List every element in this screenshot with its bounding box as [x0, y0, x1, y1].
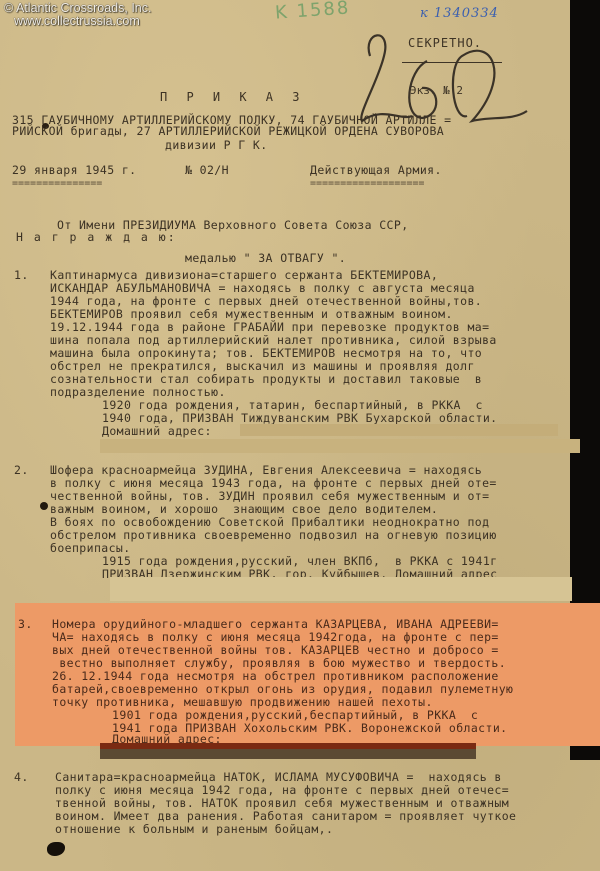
order-location: Действующая Армия. — [310, 165, 442, 177]
entry-number: 3. — [18, 619, 33, 631]
entry-line: 1944 года, на фронте с первых дней отече… — [50, 296, 482, 308]
award-verb: Н а г р а ж д а ю: — [16, 232, 177, 244]
entry-line: точку противника, мешавшую продвижению н… — [52, 697, 433, 709]
entry-line: ИСКАНДАР АБУЛЬМАНОВИЧА = находясь в полк… — [50, 283, 475, 295]
watermark-url: www.collectrussia.com — [4, 15, 151, 28]
entry-line: отношение к больным и раненым бойцам,. — [55, 824, 333, 836]
order-number: № 02/Н — [185, 165, 229, 177]
entry-number: 2. — [14, 465, 29, 477]
handwritten-number-icon — [352, 26, 532, 126]
redacted-address — [100, 439, 580, 453]
redacted-address — [110, 577, 572, 601]
ink-archive-number: к 1340334 — [420, 6, 499, 21]
entry-line: подразделение полностью. — [50, 387, 226, 399]
entry-line: машина была опрокинута; тов. БЕКТЕМИРОВ … — [50, 348, 482, 360]
entry-line: чественной войны, тов. ЗУДИН проявил себ… — [50, 491, 489, 503]
unit-line-3: дивизии Р Г К. — [165, 140, 268, 152]
unit-line-2: РИЙСКОЙ бригады, 27 АРТИЛЛЕРИЙСКОЙ РЕЖИЦ… — [12, 126, 444, 138]
entry-line: 26. 12.1944 года несмотря на обстрел про… — [52, 671, 499, 683]
entry-line: Каптинармуса дивизиона=старшего сержанта… — [50, 270, 438, 282]
paper-hole — [40, 502, 48, 510]
medal-name: медалью " ЗА ОТВАГУ ". — [185, 253, 346, 265]
entry-line: БЕКТЕМИРОВ проявил себя мужественным и о… — [50, 309, 453, 321]
entry-bio: 1920 года рождения, татарин, беспартийны… — [102, 400, 483, 412]
entry-line: важным воином, и хорошо знающим свое дел… — [50, 504, 438, 516]
entry-bio: 1940 года, ПРИЗВАН Тиждуванским РВК Буха… — [102, 413, 497, 425]
entry-line: полку с июня месяца 1942 года, на фронте… — [55, 785, 509, 797]
entry-line: ЧА= находясь в полку с июня месяца 1942г… — [52, 632, 499, 644]
entry-bio: 1915 года рождения,русский, член ВКПб, в… — [102, 556, 497, 568]
entry-line: батарей,своевременно открыл огонь из ору… — [52, 684, 513, 696]
entry-line: сознательности стал собирать продукты и … — [50, 374, 482, 386]
location-underline: =================== — [310, 178, 424, 190]
watermark: © Atlantic Crossroads, Inc. www.collectr… — [4, 2, 151, 28]
entry-line: Шофера красноармейца ЗУДИНА, Евгения Але… — [50, 465, 482, 477]
entry-line: боеприпасы. — [50, 543, 131, 555]
entry-line: Санитара=красноармейца НАТОК, ИСЛАМА МУС… — [55, 772, 502, 784]
entry-address-label: Домашний адрес: — [102, 426, 212, 438]
redacted-address — [240, 424, 558, 436]
entry-line: вых дней отечественной войны тов. КАЗАРЦ… — [52, 645, 499, 657]
entry-line: воином. Имеет два ранения. Работая санит… — [55, 811, 516, 823]
entry-line: обстрел не прекратился, выскачил из маши… — [50, 361, 475, 373]
entry-number: 4. — [14, 772, 29, 784]
entry-line: В боях по освобождению Советской Прибалт… — [50, 517, 489, 529]
entry-line: Номера орудийного-младшего сержанта КАЗА… — [52, 619, 499, 631]
date-underline: =============== — [12, 178, 102, 190]
redacted-address-bar — [100, 749, 476, 759]
entry-line: вестно выполняет службу, проявляя в бою … — [52, 658, 506, 670]
document-title: П Р И К А З — [160, 92, 305, 104]
entry-line: шина попала под артиллерийский налет про… — [50, 335, 497, 347]
entry-number: 1. — [14, 270, 29, 282]
entry-bio: 1901 года рождения,русский,беспартийный,… — [112, 710, 478, 722]
order-date: 29 января 1945 г. — [12, 165, 137, 177]
entry-line: обстрелом противника своевременно подвоз… — [50, 530, 497, 542]
entry-line: 19.12.1944 года в районе ГРАБАЙИ при пер… — [50, 322, 489, 334]
entry-line: твенной войны, тов. НАТОК проявил себя м… — [55, 798, 509, 810]
entry-line: в полку с июня месяца 1943 года, на фрон… — [50, 478, 497, 490]
